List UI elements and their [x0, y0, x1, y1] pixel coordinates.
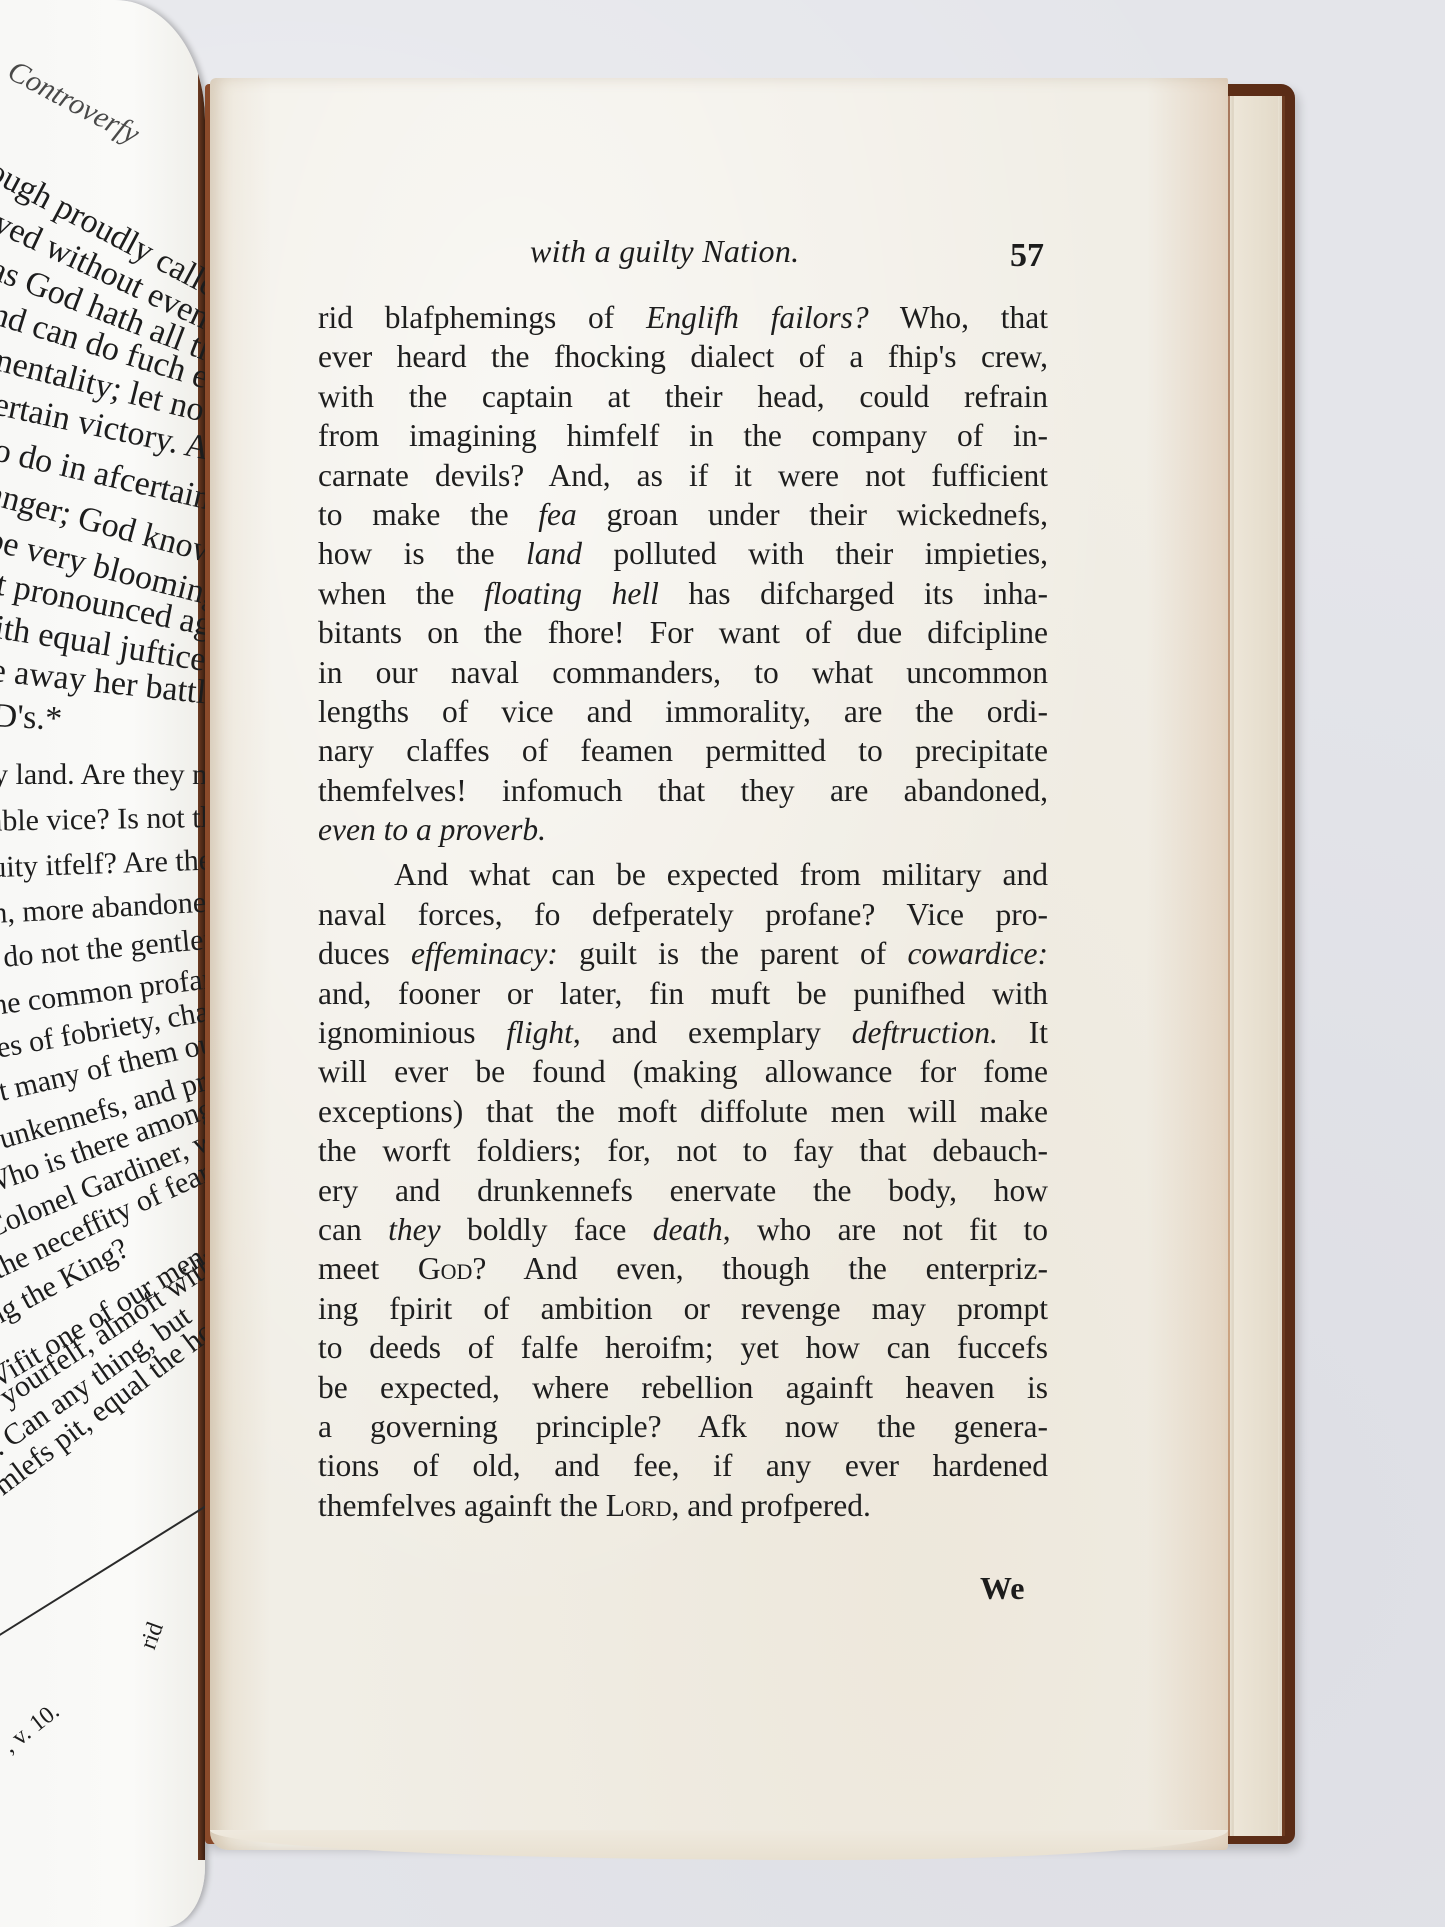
left-page-line: RD's.*	[0, 696, 63, 739]
left-page-line: by land. Are they not	[0, 758, 205, 792]
text-line: and, fooner or later, fin muft be punifh…	[318, 974, 1048, 1013]
catchword: We	[980, 1570, 1024, 1607]
text-line: with the captain at their head, could re…	[318, 377, 1048, 416]
text-line: when the floating hell has difcharged it…	[318, 574, 1048, 613]
text-line: the worft foldiers; for, not to fay that…	[318, 1131, 1048, 1170]
left-facing-page: Controverfy ough proudly called in-oyed …	[0, 0, 205, 1927]
text-line: themfelves againft the Lord, and profper…	[318, 1486, 1048, 1525]
text-line: ery and drunkennefs enervate the body, h…	[318, 1171, 1048, 1210]
text-line: nary claffes of feamen permitted to prec…	[318, 731, 1048, 770]
text-line: exceptions) that the moft diffolute men …	[318, 1092, 1048, 1131]
left-page-text: Controverfy ough proudly called in-oyed …	[0, 0, 205, 1927]
text-line: themfelves! infomuch that they are aband…	[318, 771, 1048, 810]
text-line: to deeds of falfe heroifm; yet how can f…	[318, 1328, 1048, 1367]
text-line: ing fpirit of ambition or revenge may pr…	[318, 1289, 1048, 1328]
text-line: And what can be expected from military a…	[318, 855, 1048, 894]
text-line: lengths of vice and immorality, are the …	[318, 692, 1048, 731]
running-head: with a guilty Nation. 57	[320, 233, 1050, 273]
body-text: rid blafphemings of Englifh failors? Who…	[318, 298, 1048, 1525]
left-catchword: rid	[135, 1619, 169, 1653]
footnote-fragment: , v. 10.	[0, 1698, 65, 1759]
text-line: can they boldly face death, who are not …	[318, 1210, 1048, 1249]
text-line: bitants on the fhore! For want of due di…	[318, 613, 1048, 652]
left-running-title: Controverfy	[2, 54, 145, 152]
running-title: with a guilty Nation.	[530, 233, 799, 270]
text-line: from imagining himfelf in the company of…	[318, 416, 1048, 455]
text-line: carnate devils? And, as if it were not f…	[318, 456, 1048, 495]
text-line: ever heard the fhocking dialect of a fhi…	[318, 337, 1048, 376]
text-line: in our naval commanders, to what uncommo…	[318, 653, 1048, 692]
text-line: duces effeminacy: guilt is the parent of…	[318, 934, 1048, 973]
text-line: tions of old, and fee, if any ever harde…	[318, 1446, 1048, 1485]
text-line: rid blafphemings of Englifh failors? Who…	[318, 298, 1048, 337]
left-page-line: iquity itfelf? Are there	[0, 843, 205, 886]
edge-inner	[1234, 96, 1278, 1836]
left-page-line: nable vice? Is not the	[0, 801, 205, 839]
text-line: naval forces, fo defperately profane? Vi…	[318, 895, 1048, 934]
text-line: a governing principle? Afk now the gener…	[318, 1407, 1048, 1446]
page-bottom-curl	[210, 1830, 1228, 1860]
text-line: how is the land polluted with their impi…	[318, 534, 1048, 573]
text-line: even to a proverb.	[318, 810, 1048, 849]
text-line: meet God? And even, though the enterpriz…	[318, 1249, 1048, 1288]
page-number: 57	[1010, 237, 1044, 275]
left-page-line: rth, more abandoned than	[0, 882, 205, 932]
text-line: to make the fea groan under their wicked…	[318, 495, 1048, 534]
text-line: ignominious flight, and exemplary deftru…	[318, 1013, 1048, 1052]
text-line: be expected, where rebellion againft hea…	[318, 1368, 1048, 1407]
text-line: will ever be found (making allowance for…	[318, 1052, 1048, 1091]
